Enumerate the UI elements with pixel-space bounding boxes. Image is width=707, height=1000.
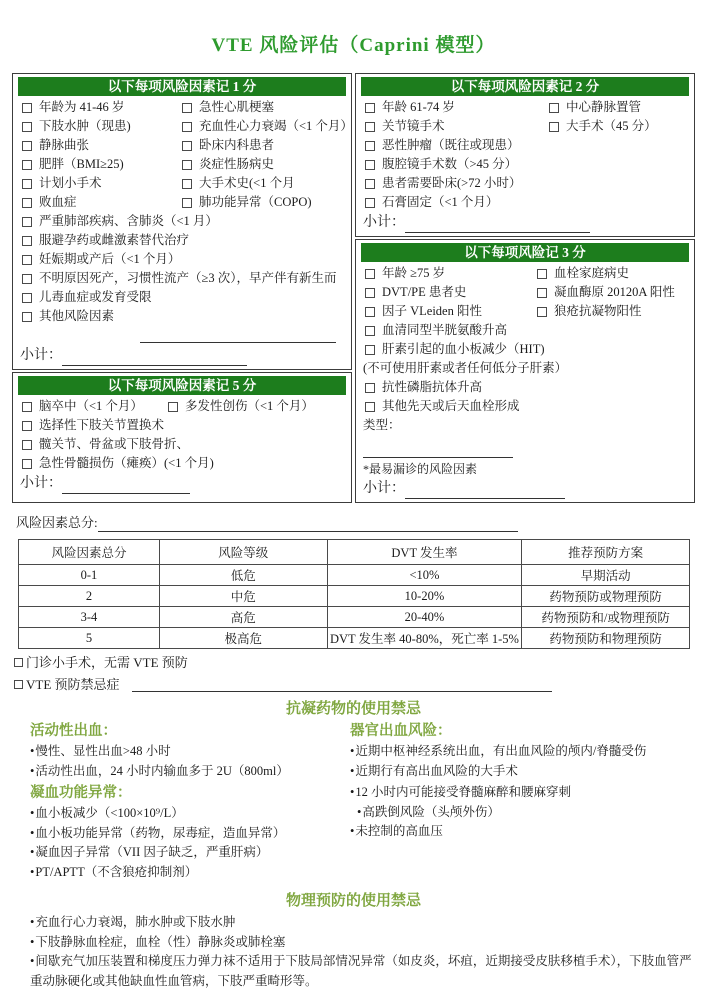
option-label: 门诊小手术，无需 VTE 预防 [26, 654, 188, 671]
checkbox[interactable] [14, 658, 23, 667]
risk-label: 髋关节、骨盆或下肢骨折、 [39, 435, 189, 454]
risk-row: 脑卒中（<1 个月） 多发性创伤（<1 个月） [18, 397, 346, 416]
checkbox[interactable] [182, 103, 192, 113]
risk-label: 选择性下肢关节置换术 [39, 416, 164, 435]
risk-row: 肥胖（BMI≥25) 炎症性肠病史 [18, 155, 346, 174]
bullet-item: 凝血因子异常（VII 因子缺乏，严重肝病） [30, 843, 350, 863]
risk-row: 恶性肿瘤（既往或现患） [361, 136, 689, 155]
checkbox[interactable] [182, 160, 192, 170]
risk-label: 计划小手术 [39, 174, 102, 193]
risk-label: 服避孕药或雌激素替代治疗 [39, 231, 189, 250]
active-bleeding-column: 活动性出血： 慢性、显性出血>48 小时 活动性出血，24 小时内输血多于 2U… [30, 721, 350, 882]
risk-row: 关节镜手术 大手术（45 分） [361, 117, 689, 136]
risk-label: 充血性心力衰竭（<1 个月） [199, 117, 353, 136]
cell-plan: 早期活动 [522, 565, 690, 586]
risk-label: 肥胖（BMI≥25) [39, 155, 124, 174]
checkbox[interactable] [537, 307, 547, 317]
bullet-item: 血小板功能异常（药物，尿毒症，造血异常） [30, 824, 350, 844]
other-risk-factor-field[interactable] [140, 327, 336, 343]
checkbox[interactable] [22, 122, 32, 132]
page-title: VTE 风险评估（Caprini 模型） [0, 0, 707, 73]
risk-row: 儿毒血症或发育受限 [18, 288, 346, 307]
checkbox[interactable] [22, 402, 32, 412]
section-3-point: 以下每项风险记 3 分 年龄 ≥75 岁 血栓家庭病史 DVT/PE 患者史 凝… [355, 239, 695, 503]
checkbox[interactable] [365, 307, 375, 317]
bullet-item: 高跌倒风险（头颅外伤） [357, 803, 700, 823]
cell-level: 高危 [159, 607, 327, 628]
checkbox[interactable] [22, 179, 32, 189]
checkbox[interactable] [365, 198, 375, 208]
subtotal-row: 小计： [18, 473, 346, 494]
cell-rate: <10% [327, 565, 522, 586]
risk-label: 因子 VLeiden 阳性 [382, 302, 482, 321]
checkbox[interactable] [168, 402, 178, 412]
checkbox[interactable] [22, 160, 32, 170]
col-header: DVT 发生率 [327, 540, 522, 565]
risk-label: 血栓家庭病史 [554, 264, 629, 283]
cell-rate: DVT 发生率 40-80%，死亡率 1-5% [327, 628, 522, 649]
risk-label: 败血症 [39, 193, 77, 212]
organ-bleeding-column: 器官出血风险： 近期中枢神经系统出血，有出血风险的颅内/脊髓受伤 近期行有高出血… [350, 721, 700, 882]
cell-rate: 20-40% [327, 607, 522, 628]
section-1-point-header: 以下每项风险因素记 1 分 [18, 77, 346, 96]
cell-level: 中危 [159, 586, 327, 607]
risk-label: 炎症性肠病史 [199, 155, 274, 174]
risk-row: 髋关节、骨盆或下肢骨折、 [18, 435, 346, 454]
risk-label: DVT/PE 患者史 [382, 283, 466, 302]
risk-label: 急性心肌梗塞 [199, 98, 274, 117]
checkbox[interactable] [14, 680, 23, 689]
table-row: 3-4 高危 20-40% 药物预防和/或物理预防 [19, 607, 690, 628]
checkbox[interactable] [22, 217, 32, 227]
bullet-item: 近期中枢神经系统出血，有出血风险的颅内/脊髓受伤 [350, 742, 700, 762]
checkbox[interactable] [365, 103, 375, 113]
subtotal-row: 小计： [361, 212, 689, 233]
subtotal-2-field[interactable] [405, 218, 590, 233]
checkbox[interactable] [537, 288, 547, 298]
subtotal-3-field[interactable] [405, 484, 565, 499]
subtotal-label: 小计： [363, 212, 405, 233]
checkbox[interactable] [365, 288, 375, 298]
subtotal-label: 小计： [20, 473, 62, 494]
risk-factor-columns: 以下每项风险因素记 1 分 年龄为 41-46 岁 急性心肌梗塞 下肢水肿（现患… [0, 73, 707, 503]
risk-label: 血清同型半胱氨酸升高 [382, 321, 507, 340]
col-header: 风险因素总分 [19, 540, 160, 565]
col-header: 风险等级 [159, 540, 327, 565]
risk-row: 肝素引起的血小板减少（HIT) [361, 340, 689, 359]
organ-bleeding-subheading: 器官出血风险： [350, 721, 700, 742]
checkbox[interactable] [22, 103, 32, 113]
risk-row: DVT/PE 患者史 凝血酶原 20120A 阳性 [361, 283, 689, 302]
section-5-point: 以下每项风险因素记 5 分 脑卒中（<1 个月） 多发性创伤（<1 个月） 选择… [12, 372, 352, 503]
risk-label: 脑卒中（<1 个月） [39, 397, 143, 416]
risk-row: 急性骨髓损伤（瘫痪）(<1 个月) [18, 454, 346, 473]
checkbox[interactable] [182, 198, 192, 208]
option-row: 门诊小手术，无需 VTE 预防 [14, 654, 707, 671]
risk-row: 抗性磷脂抗体升高 [361, 378, 689, 397]
checkbox[interactable] [549, 122, 559, 132]
risk-label: 腹腔镜手术数（>45 分） [382, 155, 517, 174]
left-column: 以下每项风险因素记 1 分 年龄为 41-46 岁 急性心肌梗塞 下肢水肿（现患… [12, 73, 352, 503]
risk-label: 患者需要卧床(>72 小时） [382, 174, 521, 193]
risk-row: 下肢水肿（现患) 充血性心力衰竭（<1 个月） [18, 117, 346, 136]
table-row: 0-1 低危 <10% 早期活动 [19, 565, 690, 586]
checkbox[interactable] [365, 179, 375, 189]
bullet-item: 血小板减少（<100×10⁹/L） [30, 804, 350, 824]
risk-row: 不明原因死产，习惯性流产（≥3 次），早产伴有新生而 [18, 269, 346, 288]
checkbox[interactable] [22, 293, 32, 303]
risk-label: 其他先天或后天血栓形成 [382, 397, 520, 416]
risk-label: 急性骨髓损伤（瘫痪）(<1 个月) [39, 454, 214, 473]
anticoagulant-columns: 活动性出血： 慢性、显性出血>48 小时 活动性出血，24 小时内输血多于 2U… [0, 721, 707, 882]
cell-score: 0-1 [19, 565, 160, 586]
total-score-field[interactable] [98, 517, 518, 532]
bullet-item: 12 小时内可能接受脊髓麻醉和腰麻穿刺 [350, 783, 700, 803]
cell-score: 3-4 [19, 607, 160, 628]
physical-list: 充血行心力衰竭，肺水肿或下肢水肿 下肢静脉血栓症，血栓（性）静脉炎或肺栓塞 间歇… [0, 911, 707, 991]
bullet-item: 近期行有高出血风险的大手术 [350, 762, 700, 782]
checkbox[interactable] [182, 141, 192, 151]
table-row: 5 极高危 DVT 发生率 40-80%，死亡率 1-5% 药物预防和物理预防 [19, 628, 690, 649]
risk-label: 凝血酶原 20120A 阳性 [554, 283, 675, 302]
risk-label: 关节镜手术 [382, 117, 445, 136]
section-1-point: 以下每项风险因素记 1 分 年龄为 41-46 岁 急性心肌梗塞 下肢水肿（现患… [12, 73, 352, 370]
contraindication-field[interactable] [132, 677, 552, 692]
risk-label: 大手术史(<1 个月 [199, 174, 295, 193]
risk-row: 妊娠期或产后（<1 个月） [18, 250, 346, 269]
total-score-row: 风险因素总分: [16, 514, 707, 532]
checkbox[interactable] [22, 312, 32, 322]
risk-label: 石膏固定（<1 个月） [382, 193, 498, 212]
checkbox[interactable] [365, 122, 375, 132]
risk-row: 其他先天或后天血栓形成 [361, 397, 689, 416]
checkbox[interactable] [365, 383, 375, 393]
cell-plan: 药物预防或物理预防 [522, 586, 690, 607]
risk-row: 血清同型半胱氨酸升高 [361, 321, 689, 340]
risk-row: 计划小手术 大手术史(<1 个月 [18, 174, 346, 193]
checkbox[interactable] [365, 141, 375, 151]
checkbox[interactable] [22, 421, 32, 431]
option-label: VTE 预防禁忌症 [26, 676, 120, 693]
anticoagulant-heading: 抗凝药物的使用禁忌 [0, 699, 707, 719]
cell-level: 低危 [159, 565, 327, 586]
subtotal-label: 小计： [20, 345, 62, 366]
cell-score: 5 [19, 628, 160, 649]
risk-level-table: 风险因素总分 风险等级 DVT 发生率 推荐预防方案 0-1 低危 <10% 早… [18, 539, 690, 649]
checkbox[interactable] [22, 274, 32, 284]
option-row: VTE 预防禁忌症 [14, 676, 707, 693]
risk-row: 严重肺部疾病、含肺炎（<1 月） [18, 212, 346, 231]
bullet-item: 活动性出血，24 小时内输血多于 2U（800ml） [30, 762, 350, 782]
bullet-item: 间歇充气加压装置和梯度压力弹力袜不适用于下肢局部情况异常（如皮炎，坏疽，近期接受… [30, 952, 693, 991]
risk-row: 年龄 ≥75 岁 血栓家庭病史 [361, 264, 689, 283]
checkbox[interactable] [549, 103, 559, 113]
cell-score: 2 [19, 586, 160, 607]
right-column: 以下每项风险因素记 2 分 年龄 61-74 岁 中心静脉置管 关节镜手术 大手… [355, 73, 695, 503]
col-header: 推荐预防方案 [522, 540, 690, 565]
checkbox[interactable] [537, 269, 547, 279]
cell-plan: 药物预防和/或物理预防 [522, 607, 690, 628]
risk-label: 恶性肿瘤（既往或现患） [382, 136, 520, 155]
table-row: 2 中危 10-20% 药物预防或物理预防 [19, 586, 690, 607]
subtotal-row: 小计： [18, 345, 346, 366]
risk-label: 下肢水肿（现患) [39, 117, 131, 136]
subtotal-row: 小计： [361, 478, 689, 499]
risk-row: 静脉曲张 卧床内科患者 [18, 136, 346, 155]
checkbox[interactable] [365, 345, 375, 355]
bullet-item: 慢性、显性出血>48 小时 [30, 742, 350, 762]
section-2-point-header: 以下每项风险因素记 2 分 [361, 77, 689, 96]
checkbox[interactable] [22, 459, 32, 469]
section-2-point: 以下每项风险因素记 2 分 年龄 61-74 岁 中心静脉置管 关节镜手术 大手… [355, 73, 695, 237]
risk-row: 年龄 61-74 岁 中心静脉置管 [361, 98, 689, 117]
total-score-label: 风险因素总分: [16, 514, 98, 532]
checkbox[interactable] [22, 255, 32, 265]
risk-label: 儿毒血症或发育受限 [39, 288, 152, 307]
subtotal-1-field[interactable] [62, 351, 247, 366]
risk-label: 肝素引起的血小板减少（HIT) [382, 340, 545, 359]
risk-label: 狼疮抗凝物阳性 [554, 302, 642, 321]
risk-label: 严重肺部疾病、含肺炎（<1 月） [39, 212, 218, 231]
checkbox[interactable] [22, 198, 32, 208]
risk-label: 中心静脉置管 [566, 98, 641, 117]
risk-row: 败血症 肺功能异常（COPO) [18, 193, 346, 212]
cell-level: 极高危 [159, 628, 327, 649]
type-label: 类型： [361, 416, 689, 435]
checkbox[interactable] [182, 179, 192, 189]
coagulation-subheading: 凝血功能异常： [30, 783, 350, 804]
risk-label: 肺功能异常（COPO) [199, 193, 312, 212]
subtotal-5-field[interactable] [62, 479, 190, 494]
risk-label: 年龄 61-74 岁 [382, 98, 455, 117]
bullet-item: PT/APTT（不含狼疮抑制剂） [30, 863, 350, 883]
bullet-item: 未控制的高血压 [350, 822, 700, 842]
cell-rate: 10-20% [327, 586, 522, 607]
active-bleeding-subheading: 活动性出血： [30, 721, 350, 742]
risk-label: 其他风险因素 [39, 307, 114, 326]
risk-row: 患者需要卧床(>72 小时） [361, 174, 689, 193]
physical-heading: 物理预防的使用禁忌 [0, 891, 707, 911]
footnote: *最易漏诊的风险因素 [361, 461, 689, 478]
section-5-point-header: 以下每项风险因素记 5 分 [18, 376, 346, 395]
table-header-row: 风险因素总分 风险等级 DVT 发生率 推荐预防方案 [19, 540, 690, 565]
checkbox[interactable] [22, 440, 32, 450]
checkbox[interactable] [365, 326, 375, 336]
type-field[interactable] [363, 443, 513, 458]
risk-label: 卧床内科患者 [199, 136, 274, 155]
risk-label: 年龄为 41-46 岁 [39, 98, 124, 117]
risk-label: 静脉曲张 [39, 136, 89, 155]
heparin-note: (不可使用肝素或者任何低分子肝素） [361, 359, 689, 378]
risk-row: 腹腔镜手术数（>45 分） [361, 155, 689, 174]
subtotal-label: 小计： [363, 478, 405, 499]
risk-label: 多发性创伤（<1 个月） [185, 397, 314, 416]
risk-row: 服避孕药或雌激素替代治疗 [18, 231, 346, 250]
risk-row: 选择性下肢关节置换术 [18, 416, 346, 435]
risk-row: 因子 VLeiden 阳性 狼疮抗凝物阳性 [361, 302, 689, 321]
risk-row: 年龄为 41-46 岁 急性心肌梗塞 [18, 98, 346, 117]
risk-label: 年龄 ≥75 岁 [382, 264, 445, 283]
checkbox[interactable] [182, 122, 192, 132]
risk-label: 大手术（45 分） [566, 117, 657, 136]
checkbox[interactable] [22, 236, 32, 246]
risk-row: 其他风险因素 [18, 307, 346, 326]
checkbox[interactable] [365, 160, 375, 170]
checkbox[interactable] [365, 269, 375, 279]
risk-label: 妊娠期或产后（<1 个月） [39, 250, 180, 269]
checkbox[interactable] [22, 141, 32, 151]
risk-label: 不明原因死产，习惯性流产（≥3 次），早产伴有新生而 [39, 269, 337, 288]
risk-label: 抗性磷脂抗体升高 [382, 378, 482, 397]
section-3-point-header: 以下每项风险记 3 分 [361, 243, 689, 262]
bullet-item: 充血行心力衰竭，肺水肿或下肢水肿 [30, 913, 693, 933]
vte-assessment-form: VTE 风险评估（Caprini 模型） 以下每项风险因素记 1 分 年龄为 4… [0, 0, 707, 1000]
bullet-item: 下肢静脉血栓症，血栓（性）静脉炎或肺栓塞 [30, 933, 693, 953]
risk-row: 石膏固定（<1 个月） [361, 193, 689, 212]
cell-plan: 药物预防和物理预防 [522, 628, 690, 649]
checkbox[interactable] [365, 402, 375, 412]
